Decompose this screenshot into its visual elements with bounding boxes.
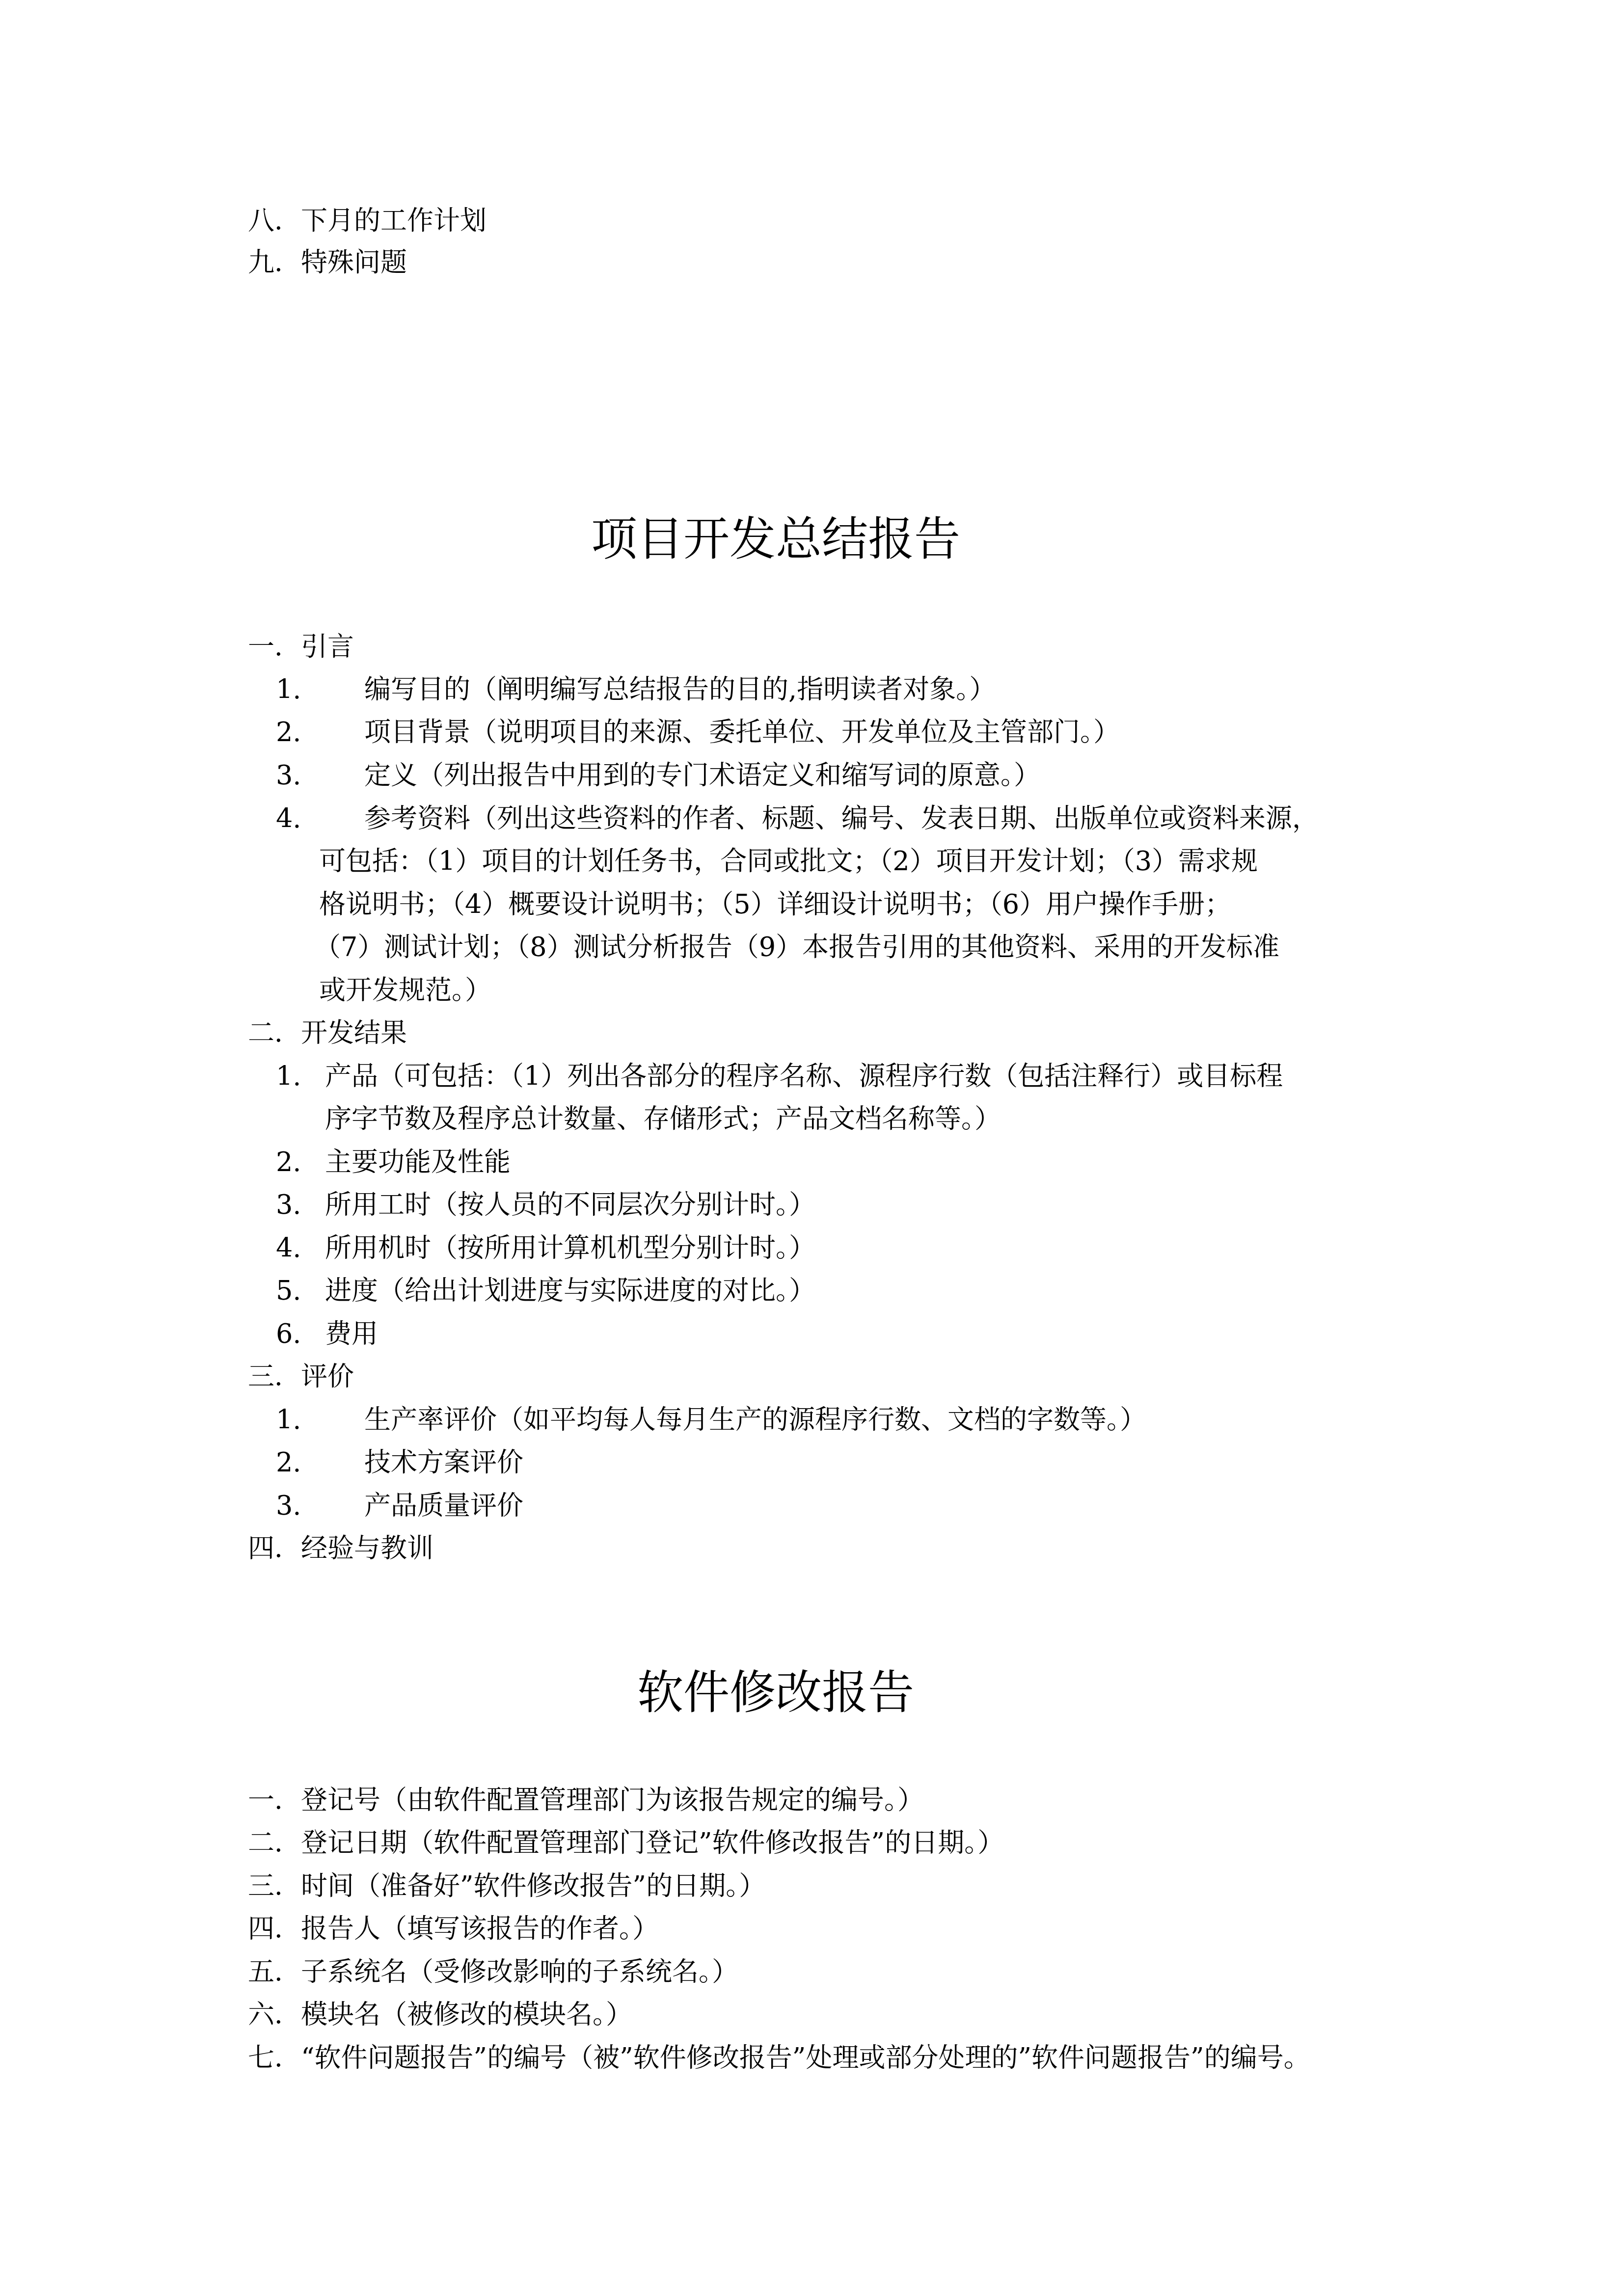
section-title: 评价	[301, 1361, 354, 1392]
list-item: 一．登记号（由软件配置管理部门为该报告规定的编号。）	[248, 1783, 924, 1817]
section-heading: 二．开发结果	[248, 1016, 407, 1050]
item-number: 2.	[276, 715, 301, 749]
page-title: 项目开发总结报告	[0, 510, 1551, 569]
section-title: 开发结果	[301, 1017, 407, 1048]
section-marker: 三．	[248, 1361, 301, 1392]
section-title: 经验与教训	[301, 1533, 433, 1564]
item-text: 技术方案评价	[364, 1445, 523, 1480]
item-text: 所用机时（按所用计算机机型分别计时。）	[325, 1231, 815, 1265]
item-text: 特殊问题	[301, 247, 407, 278]
item-text-continued: 或开发规范。）	[319, 973, 491, 1008]
item-text: 生产率评价（如平均每人每月生产的源程序行数、文档的字数等。）	[364, 1403, 1146, 1437]
list-item: 四．报告人（填写该报告的作者。）	[248, 1912, 659, 1946]
item-text: 定义（列出报告中用到的专门术语定义和缩写词的原意。）	[364, 758, 1040, 793]
item-number: 3.	[276, 1188, 301, 1222]
section-marker: 四．	[248, 1533, 301, 1564]
section-marker: 二．	[248, 1017, 301, 1048]
page-title: 软件修改报告	[0, 1664, 1551, 1723]
item-marker: 五．	[248, 1956, 301, 1987]
item-text: 费用	[325, 1317, 378, 1351]
item-marker: 六．	[248, 1999, 301, 2030]
list-item: 三．时间（准备好”软件修改报告”的日期。）	[248, 1869, 765, 1903]
item-text-continued: 可包括：（1）项目的计划任务书，合同或批文；（2）项目开发计划；（3）需求规	[319, 844, 1258, 879]
item-number: 5.	[276, 1274, 301, 1308]
item-marker: 四．	[248, 1913, 301, 1944]
item-marker: 一．	[248, 1785, 301, 1815]
item-text: 报告人（填写该报告的作者。）	[301, 1913, 659, 1944]
list-item: 八．下月的工作计划	[248, 204, 487, 238]
item-number: 1.	[276, 1403, 301, 1437]
section-heading: 三．评价	[248, 1360, 354, 1394]
item-number: 3.	[276, 758, 301, 793]
item-text: 编写目的（阐明编写总结报告的目的,指明读者对象。）	[364, 672, 996, 707]
item-number: 1.	[276, 672, 301, 707]
item-text: 产品质量评价	[364, 1489, 523, 1523]
item-number: 4.	[276, 801, 301, 836]
item-marker: 八．	[248, 205, 301, 236]
section-title: 引言	[301, 631, 354, 662]
item-marker: 三．	[248, 1870, 301, 1901]
list-item: 九．特殊问题	[248, 245, 407, 280]
item-text: 时间（准备好”软件修改报告”的日期。）	[301, 1870, 765, 1901]
item-text: 产品（可包括：（1）列出各部分的程序名称、源程序行数（包括注释行）或目标程	[325, 1059, 1283, 1094]
item-marker: 七．	[248, 2042, 301, 2073]
item-text-continued: 格说明书；（4）概要设计说明书；（5）详细设计说明书；（6）用户操作手册；	[319, 887, 1231, 922]
item-text: 所用工时（按人员的不同层次分别计时。）	[325, 1188, 815, 1222]
item-text: “软件问题报告”的编号（被”软件修改报告”处理或部分处理的”软件问题报告”的编号…	[301, 2042, 1310, 2073]
item-text: 模块名（被修改的模块名。）	[301, 1999, 632, 2030]
item-text: 下月的工作计划	[301, 205, 487, 236]
section-heading: 四．经验与教训	[248, 1531, 433, 1566]
item-text-continued: 序字节数及程序总计数量、存储形式；产品文档名称等。）	[325, 1102, 1001, 1136]
item-number: 3.	[276, 1489, 301, 1523]
item-text-continued: （7）测试计划；（8）测试分析报告（9）本报告引用的其他资料、采用的开发标准	[314, 930, 1279, 964]
item-marker: 二．	[248, 1827, 301, 1858]
list-item: 二．登记日期（软件配置管理部门登记”软件修改报告”的日期。）	[248, 1826, 1004, 1860]
item-text: 进度（给出计划进度与实际进度的对比。）	[325, 1274, 815, 1308]
item-text: 参考资料（列出这些资料的作者、标题、编号、发表日期、出版单位或资料来源，	[364, 801, 1319, 836]
item-number: 2.	[276, 1445, 301, 1480]
item-marker: 九．	[248, 247, 301, 278]
item-number: 4.	[276, 1231, 301, 1265]
item-number: 2.	[276, 1145, 301, 1179]
list-item: 五．子系统名（受修改影响的子系统名。）	[248, 1955, 738, 1989]
item-text: 主要功能及性能	[325, 1145, 511, 1179]
section-heading: 一．引言	[248, 630, 354, 664]
section-marker: 一．	[248, 631, 301, 662]
item-text: 子系统名（受修改影响的子系统名。）	[301, 1956, 738, 1987]
item-number: 6.	[276, 1317, 301, 1351]
list-item: 七．“软件问题报告”的编号（被”软件修改报告”处理或部分处理的”软件问题报告”的…	[248, 2041, 1310, 2075]
item-number: 1.	[276, 1059, 301, 1094]
item-text: 项目背景（说明项目的来源、委托单位、开发单位及主管部门。）	[364, 715, 1120, 749]
item-text: 登记日期（软件配置管理部门登记”软件修改报告”的日期。）	[301, 1827, 1004, 1858]
list-item: 六．模块名（被修改的模块名。）	[248, 1998, 632, 2032]
item-text: 登记号（由软件配置管理部门为该报告规定的编号。）	[301, 1785, 924, 1815]
